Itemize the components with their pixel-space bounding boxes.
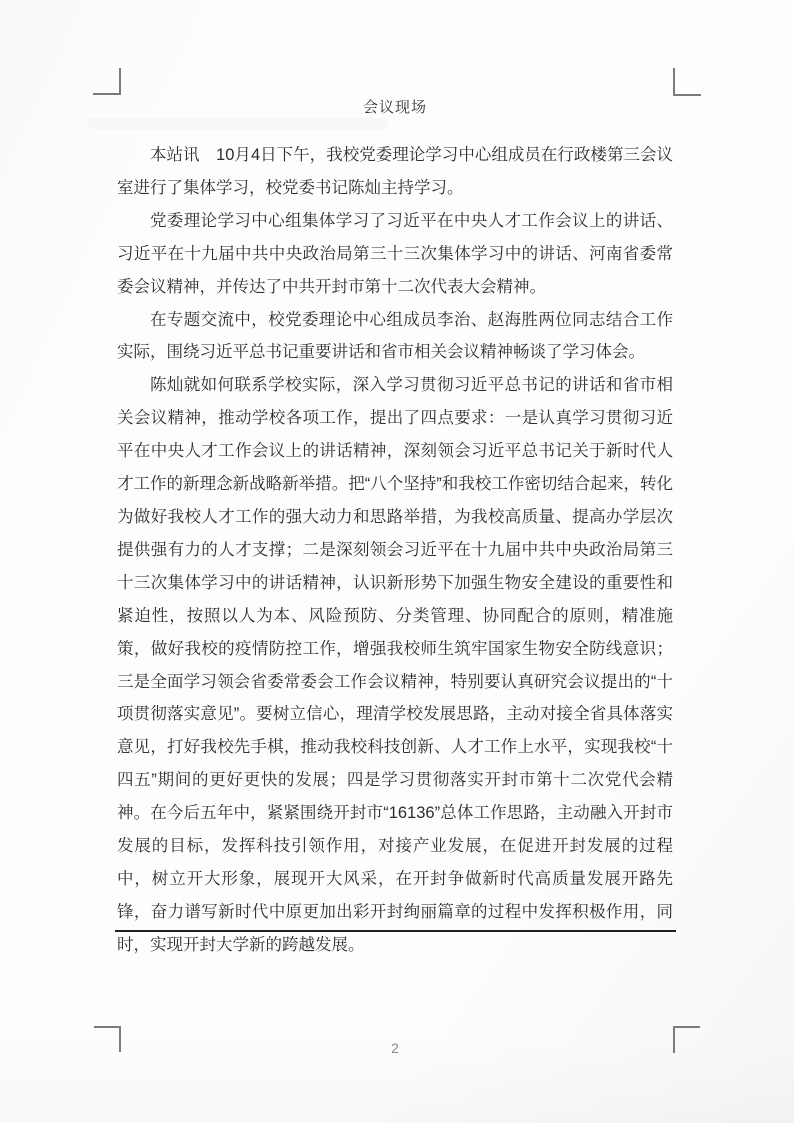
photo-caption: 会议现场	[117, 98, 673, 118]
bottom-divider-rule	[115, 930, 676, 932]
paragraph-intro: 本站讯 10月4日下午，我校党委理论学习中心组成员在行政楼第三会议室进行了集体学…	[117, 139, 673, 205]
crop-mark-top-left	[93, 68, 121, 95]
paragraph-requirements: 陈灿就如何联系学校实际，深入学习贯彻习近平总书记的讲话和省市相关会议精神，推动学…	[117, 369, 673, 961]
article-body: 本站讯 10月4日下午，我校党委理论学习中心组成员在行政楼第三会议室进行了集体学…	[117, 139, 673, 962]
paragraph-study-content: 党委理论学习中心组集体学习了习近平在中央人才工作会议上的讲话、习近平在十九届中共…	[117, 205, 673, 304]
paragraph-exchange: 在专题交流中，校党委理论中心组成员李治、赵海胜两位同志结合工作实际，围绕习近平总…	[117, 304, 673, 370]
page-number: 2	[117, 1040, 673, 1056]
document-page: 会议现场 本站讯 10月4日下午，我校党委理论学习中心组成员在行政楼第三会议室进…	[0, 0, 794, 1123]
scan-artifact-band	[88, 118, 388, 129]
crop-mark-bottom-right	[673, 1026, 700, 1053]
crop-mark-top-right	[673, 68, 701, 96]
